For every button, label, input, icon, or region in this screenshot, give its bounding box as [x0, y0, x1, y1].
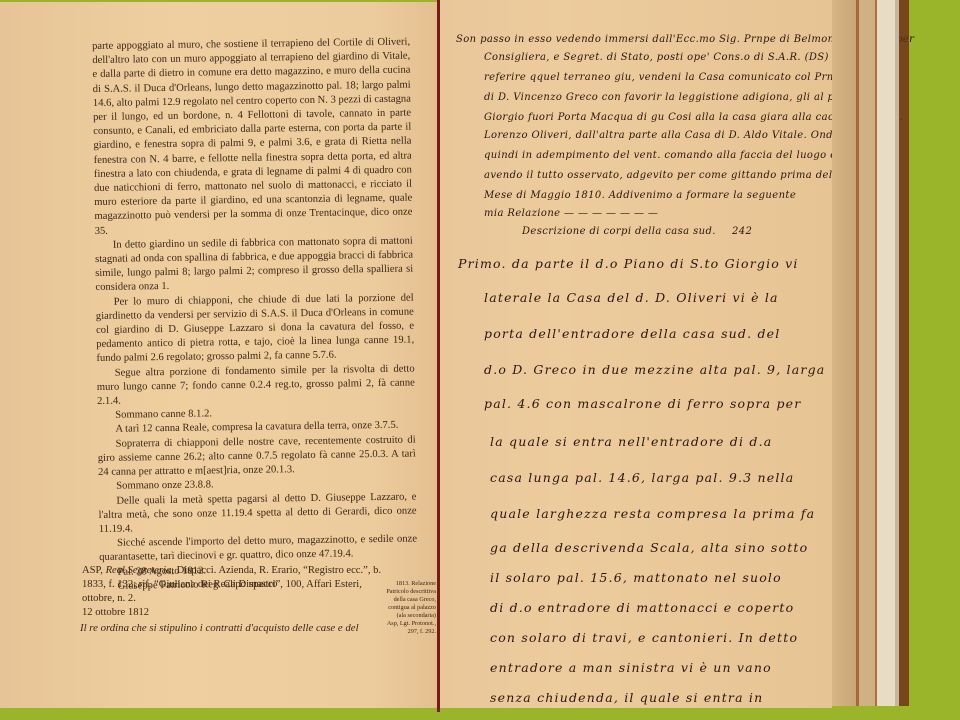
paragraph: Segue altra porzione di fondamento simil…	[97, 362, 416, 409]
manuscript-line: senza chiudenda, il quale si entra in	[490, 690, 763, 705]
manuscript-line: il solaro pal. 15.6, mattonato nel suolo	[490, 570, 782, 585]
manuscript-line: quindi in adempimento del vent. comando …	[484, 150, 836, 161]
citation-prefix: ASP,	[82, 565, 106, 576]
manuscript-line: ga della descrivenda Scala, alta sino so…	[490, 540, 808, 555]
page-edge	[832, 0, 856, 706]
margin-note-line: 1813. Relazione	[378, 580, 436, 588]
manuscript-line: entradore a man sinistra vi è un vano	[490, 660, 772, 675]
manuscript-line: laterale la Casa del d. D. Oliveri vi è …	[484, 290, 779, 305]
margin-note-line: 297, f. 292.	[378, 628, 436, 636]
margin-note-line: Asp, Lgt. Protonot.,	[378, 620, 436, 628]
paragraph: Per lo muro di chiapponi, che chiude di …	[96, 291, 415, 366]
page-edge	[877, 0, 895, 706]
printed-text-block: parte appoggiato al muro, che sostiene i…	[92, 36, 418, 594]
paragraph: In detto giardino un sedile di fabbrica …	[95, 234, 414, 295]
manuscript-line: di D. Vincenzo Greco con favorir la legg…	[484, 92, 886, 103]
manuscript-line: casa lunga pal. 14.6, larga pal. 9.3 nel…	[490, 470, 794, 485]
manuscript-line: la quale si entra nell'entradore di d.a	[490, 434, 772, 449]
manuscript-line: d.o D. Greco in due mezzine alta pal. 9,…	[484, 362, 825, 377]
right-page-manuscript: Son passo in esso vedendo immersi dall'E…	[440, 0, 832, 708]
manuscript-line: Descrizione di corpi della casa sud.	[522, 226, 716, 237]
margin-note-line: contigua al palazzo	[378, 604, 436, 612]
cover-edge	[899, 0, 909, 706]
paragraph: Sopraterra di chiapponi delle nostre cav…	[98, 433, 417, 480]
manuscript-line: 242	[732, 226, 752, 237]
manuscript-line: porta dell'entradore della casa sud. del	[484, 326, 780, 341]
open-book: parte appoggiato al muro, che sostiene i…	[0, 0, 960, 720]
paragraph: Sicché ascende l'importo del detto muro,…	[99, 533, 417, 566]
paragraph: Delle quali la metà spetta pagarsi al de…	[98, 490, 417, 537]
manuscript-line: con solaro di travi, e cantonieri. In de…	[490, 630, 798, 645]
manuscript-line: Lorenzo Oliveri, dall'altra parte alla C…	[484, 130, 878, 141]
intro-line: Il re ordina che si stipulino i contratt…	[80, 622, 400, 634]
manuscript-line: quale larghezza resta compresa la prima …	[490, 506, 815, 521]
manuscript-line: Consigliera, e Segret. di Stato, posti o…	[484, 52, 885, 63]
manuscript-line: avendo il tutto osservato, adgevito per …	[484, 170, 832, 181]
manuscript-line: Primo. da parte il d.o Piano di S.to Gio…	[458, 256, 799, 271]
page-edges	[832, 0, 952, 706]
citation-italic: Real Segreteria,	[106, 565, 174, 576]
manuscript-line: referire qquel terraneo giu, vendeni la …	[484, 72, 881, 83]
manuscript-line: pal. 4.6 con mascalrone di ferro sopra p…	[484, 396, 801, 411]
left-page: parte appoggiato al muro, che sostiene i…	[0, 2, 440, 708]
manuscript-line: Mese di Maggio 1810. Addivenimo a formar…	[484, 190, 796, 201]
margin-note-line: della casa Greco,	[378, 596, 436, 604]
margin-note: 1813. Relazione Patricolo descrittiva de…	[378, 580, 436, 636]
paragraph: parte appoggiato al muro, che sostiene i…	[92, 36, 413, 239]
handwritten-text: Son passo in esso vedendo immersi dall'E…	[440, 0, 832, 708]
margin-note-line: (ala secondaria)	[378, 612, 436, 620]
page-edge	[859, 0, 875, 706]
citation-date: 12 ottobre 1812	[82, 607, 149, 618]
manuscript-line: mia Relazione — — — — — — —	[484, 208, 658, 219]
manuscript-line: di d.o entradore di mattonacci e coperto	[490, 600, 794, 615]
source-citation: ASP, Real Segreteria, Dispacci. Azienda,…	[82, 564, 382, 620]
margin-note-line: Patricolo descrittiva	[378, 588, 436, 596]
